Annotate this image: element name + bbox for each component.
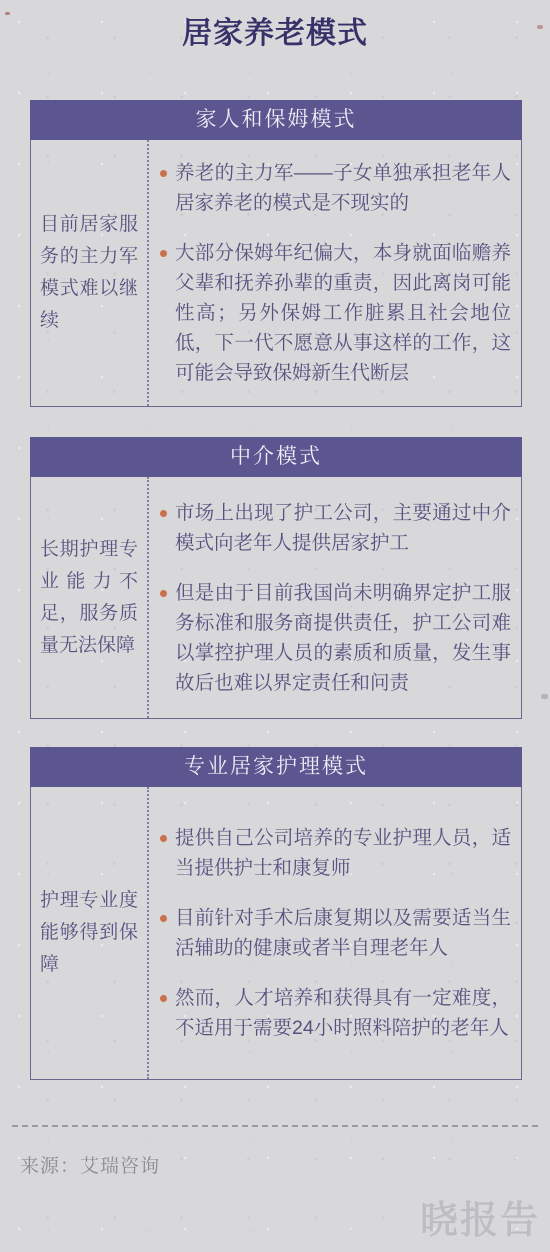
bullet-text: 养老的主力军——子女单独承担老年人居家养老的模式是不现实的 [175, 158, 511, 218]
card-header: 家人和保姆模式 [30, 100, 522, 140]
left-summary-text: 长期护理专业能力不足，服务质量无法保障 [40, 534, 138, 662]
card-body: 目前居家服务的主力军模式难以继续 养老的主力军——子女单独承担老年人居家养老的模… [30, 140, 522, 407]
left-summary-cell: 目前居家服务的主力军模式难以继续 [31, 140, 149, 406]
watermark-logo: 晓报告 [420, 1189, 540, 1244]
bullet-dot-icon [160, 995, 167, 1002]
bullet-text: 目前针对手术后康复期以及需要适当生活辅助的健康或者半自理老年人 [175, 903, 511, 963]
source-attribution: 来源：艾瑞咨询 [20, 1151, 550, 1178]
model-card-family-nanny: 家人和保姆模式 目前居家服务的主力军模式难以继续 养老的主力军——子女单独承担老… [30, 100, 522, 407]
dashed-divider [12, 1125, 538, 1127]
infographic-page: { "page": { "title": "居家养老模式", "source":… [0, 0, 550, 1252]
card-body: 护理专业度能够得到保障 提供自己公司培养的专业护理人员，适当提供护士和康复师 目… [30, 787, 522, 1080]
model-card-professional-homecare: 专业居家护理模式 护理专业度能够得到保障 提供自己公司培养的专业护理人员，适当提… [30, 747, 522, 1080]
bullet-item: 大部分保姆年纪偏大，本身就面临赡养父辈和抚养孙辈的重责，因此离岗可能性高；另外保… [149, 238, 511, 388]
bullet-list: 市场上出现了护工公司，主要通过中介模式向老年人提供居家护工 但是由于目前我国尚未… [149, 477, 521, 718]
bullet-item: 但是由于目前我国尚未明确界定护工服务标准和服务商提供责任，护工公司难以掌控护理人… [149, 578, 511, 698]
bullet-dot-icon [160, 915, 167, 922]
paper-speck [537, 25, 543, 29]
bullet-dot-icon [160, 590, 167, 597]
bullet-item: 市场上出现了护工公司，主要通过中介模式向老年人提供居家护工 [149, 498, 511, 558]
card-body: 长期护理专业能力不足，服务质量无法保障 市场上出现了护工公司，主要通过中介模式向… [30, 477, 522, 719]
bullet-item: 然而，人才培养和获得具有一定难度，不适用于需要24小时照料陪护的老年人 [149, 983, 511, 1043]
bullet-text: 大部分保姆年纪偏大，本身就面临赡养父辈和抚养孙辈的重责，因此离岗可能性高；另外保… [175, 238, 511, 388]
bullet-text: 但是由于目前我国尚未明确界定护工服务标准和服务商提供责任，护工公司难以掌控护理人… [175, 578, 511, 698]
bullet-item: 提供自己公司培养的专业护理人员，适当提供护士和康复师 [149, 823, 511, 883]
left-summary-text: 目前居家服务的主力军模式难以继续 [40, 209, 138, 337]
paper-speck [5, 12, 10, 15]
card-header: 中介模式 [30, 437, 522, 477]
bullet-item: 养老的主力军——子女单独承担老年人居家养老的模式是不现实的 [149, 158, 511, 218]
bullet-text: 提供自己公司培养的专业护理人员，适当提供护士和康复师 [175, 823, 511, 883]
left-summary-text: 护理专业度能够得到保障 [40, 885, 138, 981]
card-header: 专业居家护理模式 [30, 747, 522, 787]
bullet-list: 提供自己公司培养的专业护理人员，适当提供护士和康复师 目前针对手术后康复期以及需… [149, 787, 521, 1079]
page-title: 居家养老模式 [0, 0, 550, 52]
bullet-dot-icon [160, 170, 167, 177]
bullet-dot-icon [160, 510, 167, 517]
bullet-text: 然而，人才培养和获得具有一定难度，不适用于需要24小时照料陪护的老年人 [175, 983, 511, 1043]
paper-speck [541, 694, 548, 699]
bullet-text: 市场上出现了护工公司，主要通过中介模式向老年人提供居家护工 [175, 498, 511, 558]
left-summary-cell: 长期护理专业能力不足，服务质量无法保障 [31, 477, 149, 718]
bullet-dot-icon [160, 835, 167, 842]
model-card-agency: 中介模式 长期护理专业能力不足，服务质量无法保障 市场上出现了护工公司，主要通过… [30, 437, 522, 719]
bullet-dot-icon [160, 250, 167, 257]
left-summary-cell: 护理专业度能够得到保障 [31, 787, 149, 1079]
bullet-item: 目前针对手术后康复期以及需要适当生活辅助的健康或者半自理老年人 [149, 903, 511, 963]
bullet-list: 养老的主力军——子女单独承担老年人居家养老的模式是不现实的 大部分保姆年纪偏大，… [149, 140, 521, 406]
